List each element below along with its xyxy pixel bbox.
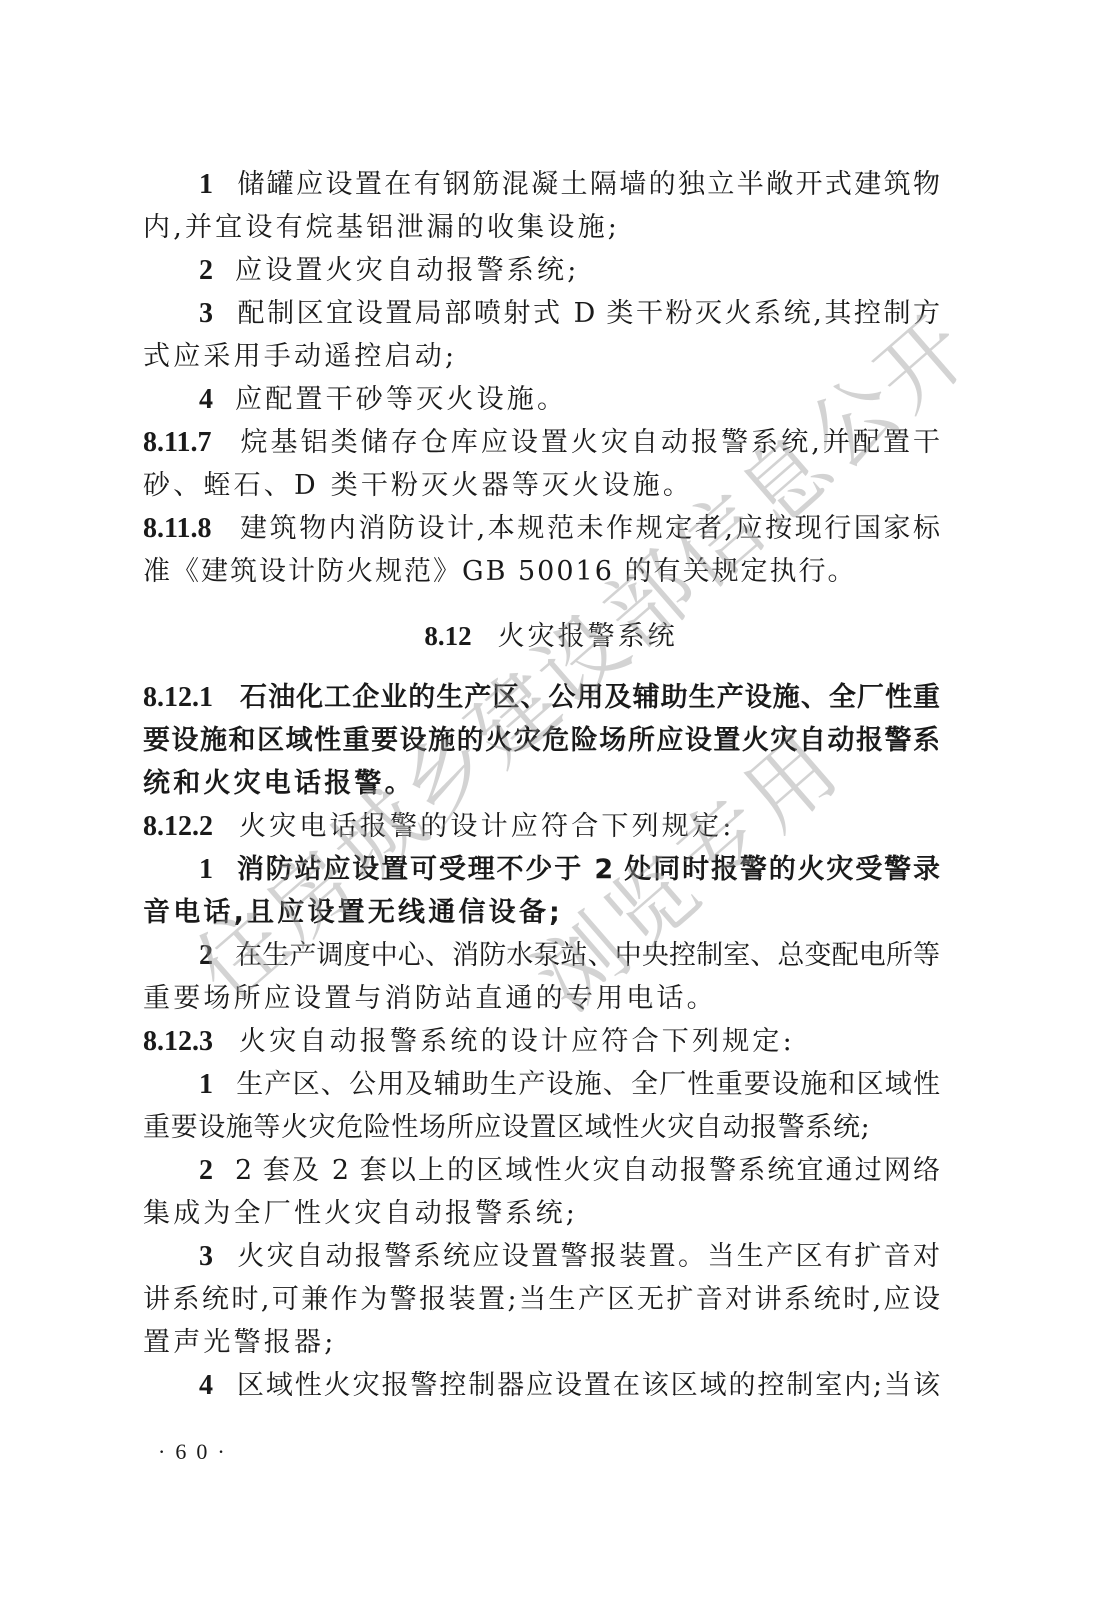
clause-8-12-2: 8.12.2火灾电话报警的设计应符合下列规定: [143, 807, 940, 847]
page-number-value: 60 [175, 1439, 217, 1464]
text-line: 重要场所应设置与消防站直通的专用电话。 [143, 979, 940, 1019]
clause-8-11-7: 8.11.7烷基铝类储存仓库应设置火灾自动报警系统,并配置干 [143, 423, 940, 463]
item-number: 1 [199, 1069, 213, 1100]
bullet-dot: · [217, 1439, 234, 1464]
clause-number: 8.11.7 [143, 427, 211, 458]
item-text: 生产区、公用及辅助生产设施、全厂性重要设施和区域性 [235, 1069, 940, 1100]
item-text: 配制区宜设置局部喷射式 D 类干粉灭火系统,其控制方 [235, 298, 940, 329]
list-item: 1消防站应设置可受理不少于 2 处同时报警的火灾受警录 [199, 850, 940, 890]
clause-text: 建筑物内消防设计,本规范未作规定者,应按现行国家标 [237, 513, 940, 544]
clause-number: 8.11.8 [143, 513, 211, 544]
list-item: 2应设置火灾自动报警系统; [199, 251, 940, 291]
list-item: 22 套及 2 套以上的区域性火灾自动报警系统宜通过网络 [199, 1151, 940, 1191]
item-number: 2 [199, 1155, 213, 1186]
item-text: 在生产调度中心、消防水泵站、中央控制室、总变配电所等 [235, 940, 940, 971]
clause-number: 8.12.1 [143, 682, 213, 713]
item-number: 2 [199, 255, 213, 286]
clause-number: 8.12.3 [143, 1026, 213, 1057]
clause-8-12-1: 8.12.1石油化工企业的生产区、公用及辅助生产设施、全厂性重 [143, 678, 940, 718]
item-number: 4 [199, 384, 213, 415]
item-text: 重要场所应设置与消防站直通的专用电话。 [143, 983, 717, 1014]
text-line: 要设施和区域性重要设施的火灾危险场所应设置火灾自动报警系 [143, 721, 940, 761]
document-page: 1储罐应设置在有钢筋混凝土隔墙的独立半敞开式建筑物 内,并宜设有烷基铝泄漏的收集… [0, 0, 1102, 1598]
section-number: 8.12 [424, 621, 471, 651]
clause-8-12-3: 8.12.3火灾自动报警系统的设计应符合下列规定: [143, 1022, 940, 1062]
list-item: 1生产区、公用及辅助生产设施、全厂性重要设施和区域性 [199, 1065, 940, 1105]
list-item: 3火灾自动报警系统应设置警报装置。当生产区有扩音对 [199, 1237, 940, 1277]
clause-text: 火灾自动报警系统的设计应符合下列规定: [239, 1026, 795, 1057]
section-title: 火灾报警系统 [498, 621, 678, 652]
text-line: 砂、蛭石、D 类干粉灭火器等灭火设施。 [143, 466, 940, 506]
item-text: 集成为全厂性火灾自动报警系统; [143, 1198, 578, 1229]
item-number: 2 [199, 940, 213, 971]
clause-text: 石油化工企业的生产区、公用及辅助生产设施、全厂性重 [239, 682, 940, 713]
page-number: ·60· [158, 1437, 235, 1467]
list-item: 2在生产调度中心、消防水泵站、中央控制室、总变配电所等 [199, 936, 940, 976]
section-heading: 8.12火灾报警系统 [0, 616, 1102, 657]
clause-8-11-8: 8.11.8建筑物内消防设计,本规范未作规定者,应按现行国家标 [143, 509, 940, 549]
item-text: 储罐应设置在有钢筋混凝土隔墙的独立半敞开式建筑物 [235, 169, 940, 200]
clause-text: 要设施和区域性重要设施的火灾危险场所应设置火灾自动报警系 [143, 725, 940, 756]
text-line: 式应采用手动遥控启动; [143, 337, 940, 377]
clause-number: 8.12.2 [143, 811, 213, 842]
item-text: 应设置火灾自动报警系统; [235, 255, 580, 286]
item-text: 重要设施等火灾危险性场所应设置区域性火灾自动报警系统; [143, 1112, 870, 1143]
item-text: 内,并宜设有烷基铝泄漏的收集设施; [143, 212, 620, 243]
bullet-dot: · [158, 1439, 175, 1464]
item-number: 4 [199, 1370, 213, 1401]
item-text: 式应采用手动遥控启动; [143, 341, 457, 372]
text-line: 讲系统时,可兼作为警报装置;当生产区无扩音对讲系统时,应设 [143, 1280, 940, 1320]
clause-text: 统和火灾电话报警。 [143, 768, 415, 799]
text-line: 统和火灾电话报警。 [143, 764, 940, 804]
clause-text: 准《建筑设计防火规范》GB 50016 的有关规定执行。 [143, 556, 856, 587]
item-text: 火灾自动报警系统应设置警报装置。当生产区有扩音对 [235, 1241, 940, 1272]
item-number: 3 [199, 1241, 213, 1272]
clause-text: 烷基铝类储存仓库应设置火灾自动报警系统,并配置干 [237, 427, 940, 458]
text-line: 置声光警报器; [143, 1323, 940, 1363]
list-item: 3配制区宜设置局部喷射式 D 类干粉灭火系统,其控制方 [199, 294, 940, 334]
list-item: 4区域性火灾报警控制器应设置在该区域的控制室内;当该 [199, 1366, 940, 1406]
list-item: 4应配置干砂等灭火设施。 [199, 380, 940, 420]
item-text: 2 套及 2 套以上的区域性火灾自动报警系统宜通过网络 [235, 1155, 940, 1186]
item-number: 1 [199, 169, 213, 200]
item-text: 消防站应设置可受理不少于 2 处同时报警的火灾受警录 [235, 854, 940, 885]
item-text: 区域性火灾报警控制器应设置在该区域的控制室内;当该 [235, 1370, 940, 1401]
list-item: 1储罐应设置在有钢筋混凝土隔墙的独立半敞开式建筑物 [199, 165, 940, 205]
item-text: 音电话,且应设置无线通信设备; [143, 897, 563, 928]
clause-text: 火灾电话报警的设计应符合下列规定: [239, 811, 735, 842]
item-text: 讲系统时,可兼作为警报装置;当生产区无扩音对讲系统时,应设 [143, 1284, 940, 1315]
text-line: 准《建筑设计防火规范》GB 50016 的有关规定执行。 [143, 552, 940, 592]
text-line: 音电话,且应设置无线通信设备; [143, 893, 940, 933]
item-text: 应配置干砂等灭火设施。 [235, 384, 567, 415]
text-line: 重要设施等火灾危险性场所应设置区域性火灾自动报警系统; [143, 1108, 940, 1148]
item-text: 置声光警报器; [143, 1327, 337, 1358]
item-number: 1 [199, 854, 213, 885]
item-number: 3 [199, 298, 213, 329]
text-line: 集成为全厂性火灾自动报警系统; [143, 1194, 940, 1234]
clause-text: 砂、蛭石、D 类干粉灭火器等灭火设施。 [143, 470, 693, 501]
text-line: 内,并宜设有烷基铝泄漏的收集设施; [143, 208, 940, 248]
